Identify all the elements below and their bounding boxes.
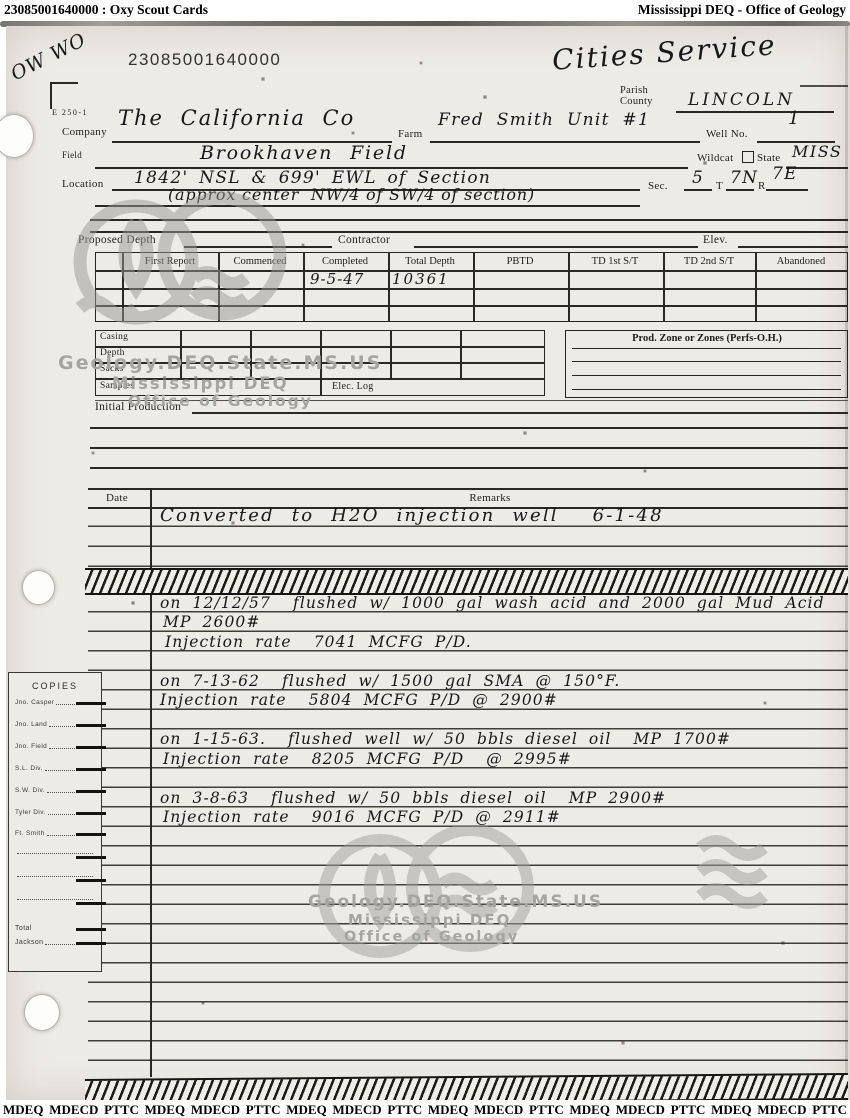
field-label: Field [62,150,82,160]
farm-label: Farm [398,128,422,140]
footer-token: MDEQ [3,1102,43,1118]
copies-tick [76,879,106,882]
punch-hole-bottom [24,994,60,1031]
footer-token: PTTC [671,1102,706,1118]
watermark-office-center: Office of Geology [344,929,519,945]
watermark-office-top: Office of Geology [128,392,313,410]
header-title-left: 23085001640000 : Oxy Scout Cards [4,2,208,18]
well-no-label: Well No. [706,128,748,140]
remarks-top-border [88,488,848,490]
remark-1957-flush: on 12/12/57 flushed w/ 1000 gal wash aci… [160,594,825,612]
blank-rule-4 [90,447,848,449]
footer-token: PTTC [812,1102,847,1118]
farm-rule [430,141,700,143]
wildcat-label: Wildcat [697,152,733,164]
col-pbtd: PBTD [507,256,534,267]
footer-token: MDEQ [570,1102,610,1118]
corner-mark-horizontal [50,82,78,84]
remark-1957-rate: Injection rate 7041 MCFG P/D. [165,633,472,651]
county-rule [676,111,834,113]
footer-token: MDECD [474,1102,523,1118]
drilling-table-vline-5 [568,252,570,322]
prod-zone-line-1 [572,348,841,349]
prod-zone-line-4 [572,389,841,390]
col-abandoned: Abandoned [777,256,825,267]
copies-title: COPIES [9,681,101,691]
prod-zone-label: Prod. Zone or Zones (Perfs-O.H.) [632,333,782,344]
company-label: Company [62,126,107,138]
copies-row-blank [15,876,93,878]
footer-token: MDECD [757,1102,806,1118]
remark-1962-flush: on 7-13-62 flushed w/ 1500 gal SMA @ 150… [160,672,620,690]
watermark-agency-top: Mississippi DEQ [112,374,289,393]
mdeq-watermark-logo-top [52,186,350,338]
remark-jan1963-rate: Injection rate 8205 MCFG P/D @ 2995# [163,750,572,768]
drilling-table-vline-4 [473,252,475,322]
footer-token: MDEQ [711,1102,751,1118]
document-page: 23085001640000 : Oxy Scout Cards Mississ… [0,0,850,1118]
parish-label: Parish [620,85,648,96]
well-no-value: 1 [788,108,801,129]
scan-noise [0,0,2,2]
api-number: 23085001640000 [128,50,281,70]
footer-token: PTTC [387,1102,422,1118]
copies-tick [76,942,106,945]
copies-row-blank [15,853,93,855]
corner-mark-vertical [50,82,52,109]
separator-hatch-band [85,568,848,595]
header-title-right: Mississippi DEQ - Office of Geology [638,2,846,18]
copies-tick [76,856,106,859]
copies-tick [76,902,106,905]
company-value: The California Co [118,106,355,130]
form-code: E 250-1 [52,108,88,117]
range-value: 7E [772,164,798,184]
elec-log-label: Elec. Log [332,381,374,392]
footer-token: PTTC [529,1102,564,1118]
footer-token: PTTC [104,1102,139,1118]
watermark-url-top: Geology.DEQ.State.MS.US [58,352,382,374]
copies-tick [76,768,106,771]
sec-label: Sec. [648,180,668,192]
footer-token: MDEQ [428,1102,468,1118]
copies-tick [76,790,106,793]
drilling-table-vline-6 [663,252,665,322]
footer-token: MDECD [191,1102,240,1118]
footer-token: MDECD [616,1102,665,1118]
page-footer: MDEQ MDECD PTTC MDEQ MDECD PTTC MDEQ MDE… [0,1100,850,1118]
township-rule [726,189,754,191]
copies-tick [76,724,106,727]
footer-token: MDECD [49,1102,98,1118]
copies-tick [76,833,106,836]
footer-token: MDEQ [145,1102,185,1118]
sec-value: 5 [692,168,704,188]
punch-hole-middle [22,570,55,605]
remark-1957-mp: MP 2600# [163,613,260,631]
remark-mar1963-flush: on 3-8-63 flushed w/ 50 bbls diesel oil … [160,789,666,807]
blank-rule-3 [90,427,848,429]
township-value: 7N [730,168,758,188]
copies-row-blank [15,899,93,901]
range-rule [766,189,808,191]
sec-rule [684,189,712,191]
county-value: LINCOLN [688,90,795,110]
state-label: State [757,152,781,164]
farm-value: Fred Smith Unit #1 [438,110,650,130]
range-label: R [758,180,766,192]
casing-vline-5 [460,330,462,378]
initial-production-rule [192,412,848,414]
copies-tick [76,928,106,931]
blank-rule-5 [90,467,848,469]
page-header: 23085001640000 : Oxy Scout Cards Mississ… [0,0,850,22]
remark-mar1963-rate: Injection rate 9016 MCFG P/D @ 2911# [163,808,561,826]
copies-tick [76,746,106,749]
state-value: MISS [792,142,842,161]
prod-zone-line-3 [572,375,841,376]
col-td-1st: TD 1st S/T [592,256,639,267]
remark-converted: Converted to H2O injection well 6-1-48 [160,505,664,526]
footer-token: MDEQ [286,1102,326,1118]
col-td-2nd: TD 2nd S/T [684,256,734,267]
contractor-rule [414,246,698,248]
casing-vline-4 [390,330,392,378]
elev-label: Elev. [703,234,728,246]
wildcat-checkbox [742,151,754,163]
copies-box: COPIES Jno. Casper Jno. Land Jno. Field … [8,672,102,972]
copies-tick [76,812,106,815]
drilling-table-vline-3 [388,252,390,322]
field-value: Brookhaven Field [200,142,408,164]
remarks-header: Remarks [469,492,510,504]
watermark-agency-center: Mississippi DEQ [348,911,511,929]
elev-rule [738,246,848,248]
township-label: T [716,180,723,192]
stray-mark [800,85,848,87]
prod-zone-line-2 [572,361,841,362]
footer-token: PTTC [246,1102,281,1118]
drilling-table-vline-7 [755,252,757,322]
date-header: Date [106,492,128,504]
watermark-url-center: Geology.DEQ.State.MS.US [308,892,603,912]
remark-jan1963-flush: on 1-15-63. flushed well w/ 50 bbls dies… [160,730,731,748]
county-label: County [620,96,653,107]
col-total-depth: Total Depth [405,256,455,267]
copies-tick [76,702,106,705]
remark-1962-rate: Injection rate 5804 MCFG P/D @ 2900# [160,691,558,709]
footer-token: MDECD [333,1102,382,1118]
total-depth-value: 10361 [392,270,450,288]
